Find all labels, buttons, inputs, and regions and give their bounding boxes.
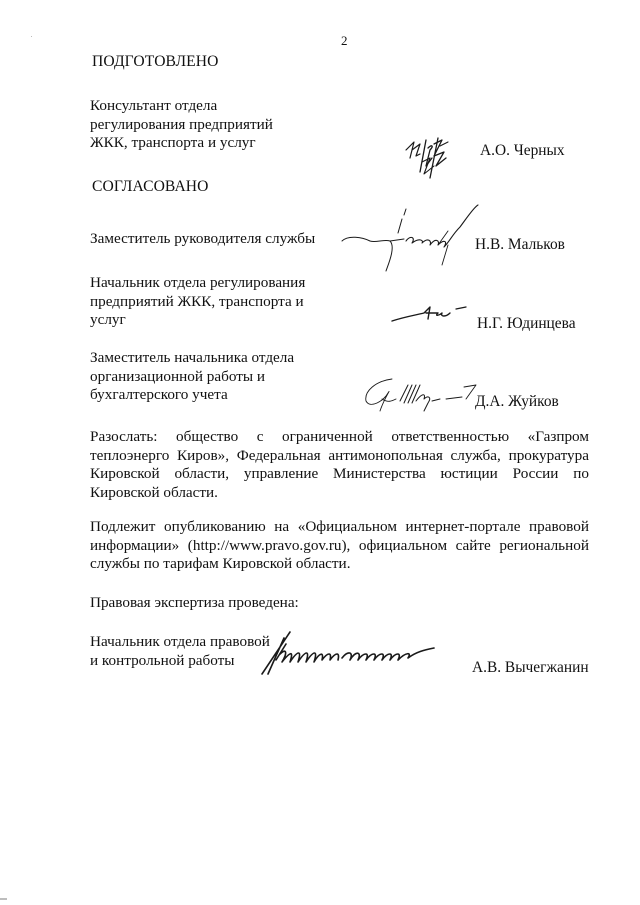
agreed-heading: СОГЛАСОВАНО [92,178,209,197]
title-line: услуг [90,311,305,330]
signature-malkov [340,205,480,275]
signer-name: А.О. Черных [480,142,565,161]
distribution-line-4: Кировской области. [90,484,589,503]
title-line: Начальник отдела правовой [90,633,270,652]
signature-yudintseva [390,303,470,325]
publication-paragraph: Подлежит опубликованию на «Официальном и… [90,518,589,574]
title-line: Начальник отдела регулирования [90,274,305,293]
title-line: ЖКК, транспорта и услуг [90,134,273,153]
title-line: и контрольной работы [90,652,270,671]
publication-line-3: службы по тарифам Кировской области. [90,555,589,574]
title-line: регулирования предприятий [90,116,273,135]
distribution-line-1: Разослать: общество с ограниченной ответ… [90,428,589,447]
legal-review-statement: Правовая экспертиза проведена: [90,594,299,613]
scan-speck [31,36,32,37]
signer-name: Д.А. Жуйков [475,393,559,412]
page-number: 2 [341,32,348,51]
signature-zhuykov [362,375,482,415]
distribution-line-3: Кировской области, управление Министерст… [90,465,589,484]
title-line: организационной работы и [90,368,294,387]
title-line: предприятий ЖКК, транспорта и [90,293,305,312]
prepared-signer-title: Консультант отдела регулирования предпри… [90,97,273,153]
distribution-paragraph: Разослать: общество с ограниченной ответ… [90,428,589,502]
publication-line-2: информации» (http://www.pravo.gov.ru), о… [90,537,589,556]
title-line: Заместитель руководителя службы [90,230,315,249]
agreed-signer-title: Заместитель начальника отдела организаци… [90,349,294,405]
distribution-line-2: теплоэнерго Киров», Федеральная антимоно… [90,447,589,466]
title-line: Консультант отдела [90,97,273,116]
agreed-signer-title: Начальник отдела регулирования предприят… [90,274,305,330]
signer-name: Н.В. Мальков [475,236,565,255]
prepared-heading: ПОДГОТОВЛЕНО [92,53,218,72]
title-line: Заместитель начальника отдела [90,349,294,368]
agreed-signer-title: Заместитель руководителя службы [90,230,315,249]
pravo-url: (http://www.pravo.gov.ru), [188,537,351,556]
signature-chernykh [404,136,454,182]
signer-name: Н.Г. Юдинцева [477,315,576,334]
signer-name: А.В. Вычегжанин [472,659,589,678]
publication-line-1: Подлежит опубликованию на «Официальном и… [90,518,589,537]
scan-edge-mark [0,898,7,900]
title-line: бухгалтерского учета [90,386,294,405]
legal-review-signer-title: Начальник отдела правовой и контрольной … [90,633,270,670]
signature-vychegzhanin [258,630,438,678]
